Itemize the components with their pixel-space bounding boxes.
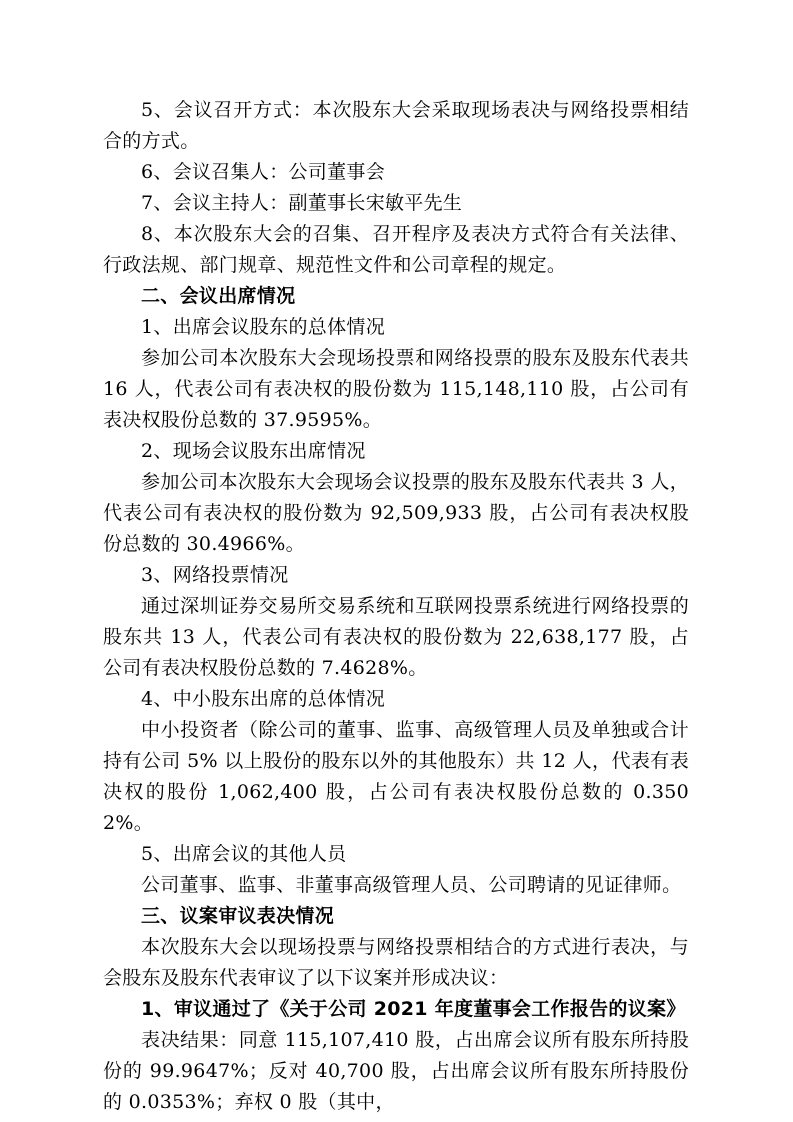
section-heading-voting: 三、议案审议表决情况: [103, 901, 689, 932]
para-meeting-chair: 7、会议主持人：副董事长宋敏平先生: [103, 188, 689, 219]
para-attendance-minority-detail: 中小投资者（除公司的董事、监事、高级管理人员及单独或合计持有公司 5% 以上股份…: [103, 715, 689, 839]
para-attendance-overall-title: 1、出席会议股东的总体情况: [103, 312, 689, 343]
para-meeting-method: 5、会议召开方式：本次股东大会采取现场表决与网络投票相结合的方式。: [103, 95, 689, 157]
para-attendance-others-title: 5、出席会议的其他人员: [103, 839, 689, 870]
section-heading-attendance: 二、会议出席情况: [103, 281, 689, 312]
para-meeting-convener: 6、会议召集人：公司董事会: [103, 157, 689, 188]
para-attendance-overall-detail: 参加公司本次股东大会现场投票和网络投票的股东及股东代表共 16 人，代表公司有表…: [103, 343, 689, 436]
para-attendance-others-detail: 公司董事、监事、非董事高级管理人员、公司聘请的见证律师。: [103, 870, 689, 901]
para-attendance-onsite-detail: 参加公司本次股东大会现场会议投票的股东及股东代表共 3 人，代表公司有表决权的股…: [103, 467, 689, 560]
para-attendance-online-detail: 通过深圳证券交易所交易系统和互联网投票系统进行网络投票的股东共 13 人，代表公…: [103, 591, 689, 684]
para-proposal-1-heading: 1、审议通过了《关于公司 2021 年度董事会工作报告的议案》: [103, 994, 689, 1025]
para-attendance-minority-title: 4、中小股东出席的总体情况: [103, 684, 689, 715]
para-meeting-legality: 8、本次股东大会的召集、召开程序及表决方式符合有关法律、行政法规、部门规章、规范…: [103, 219, 689, 281]
para-attendance-onsite-title: 2、现场会议股东出席情况: [103, 436, 689, 467]
para-proposal-1-result: 表决结果：同意 115,107,410 股，占出席会议所有股东所持股份的 99.…: [103, 1025, 689, 1118]
para-voting-method-intro: 本次股东大会以现场投票与网络投票相结合的方式进行表决，与会股东及股东代表审议了以…: [103, 932, 689, 994]
document-page: 5、会议召开方式：本次股东大会采取现场表决与网络投票相结合的方式。 6、会议召集…: [0, 0, 793, 1122]
para-attendance-online-title: 3、网络投票情况: [103, 560, 689, 591]
document-body: 5、会议召开方式：本次股东大会采取现场表决与网络投票相结合的方式。 6、会议召集…: [103, 95, 689, 1118]
